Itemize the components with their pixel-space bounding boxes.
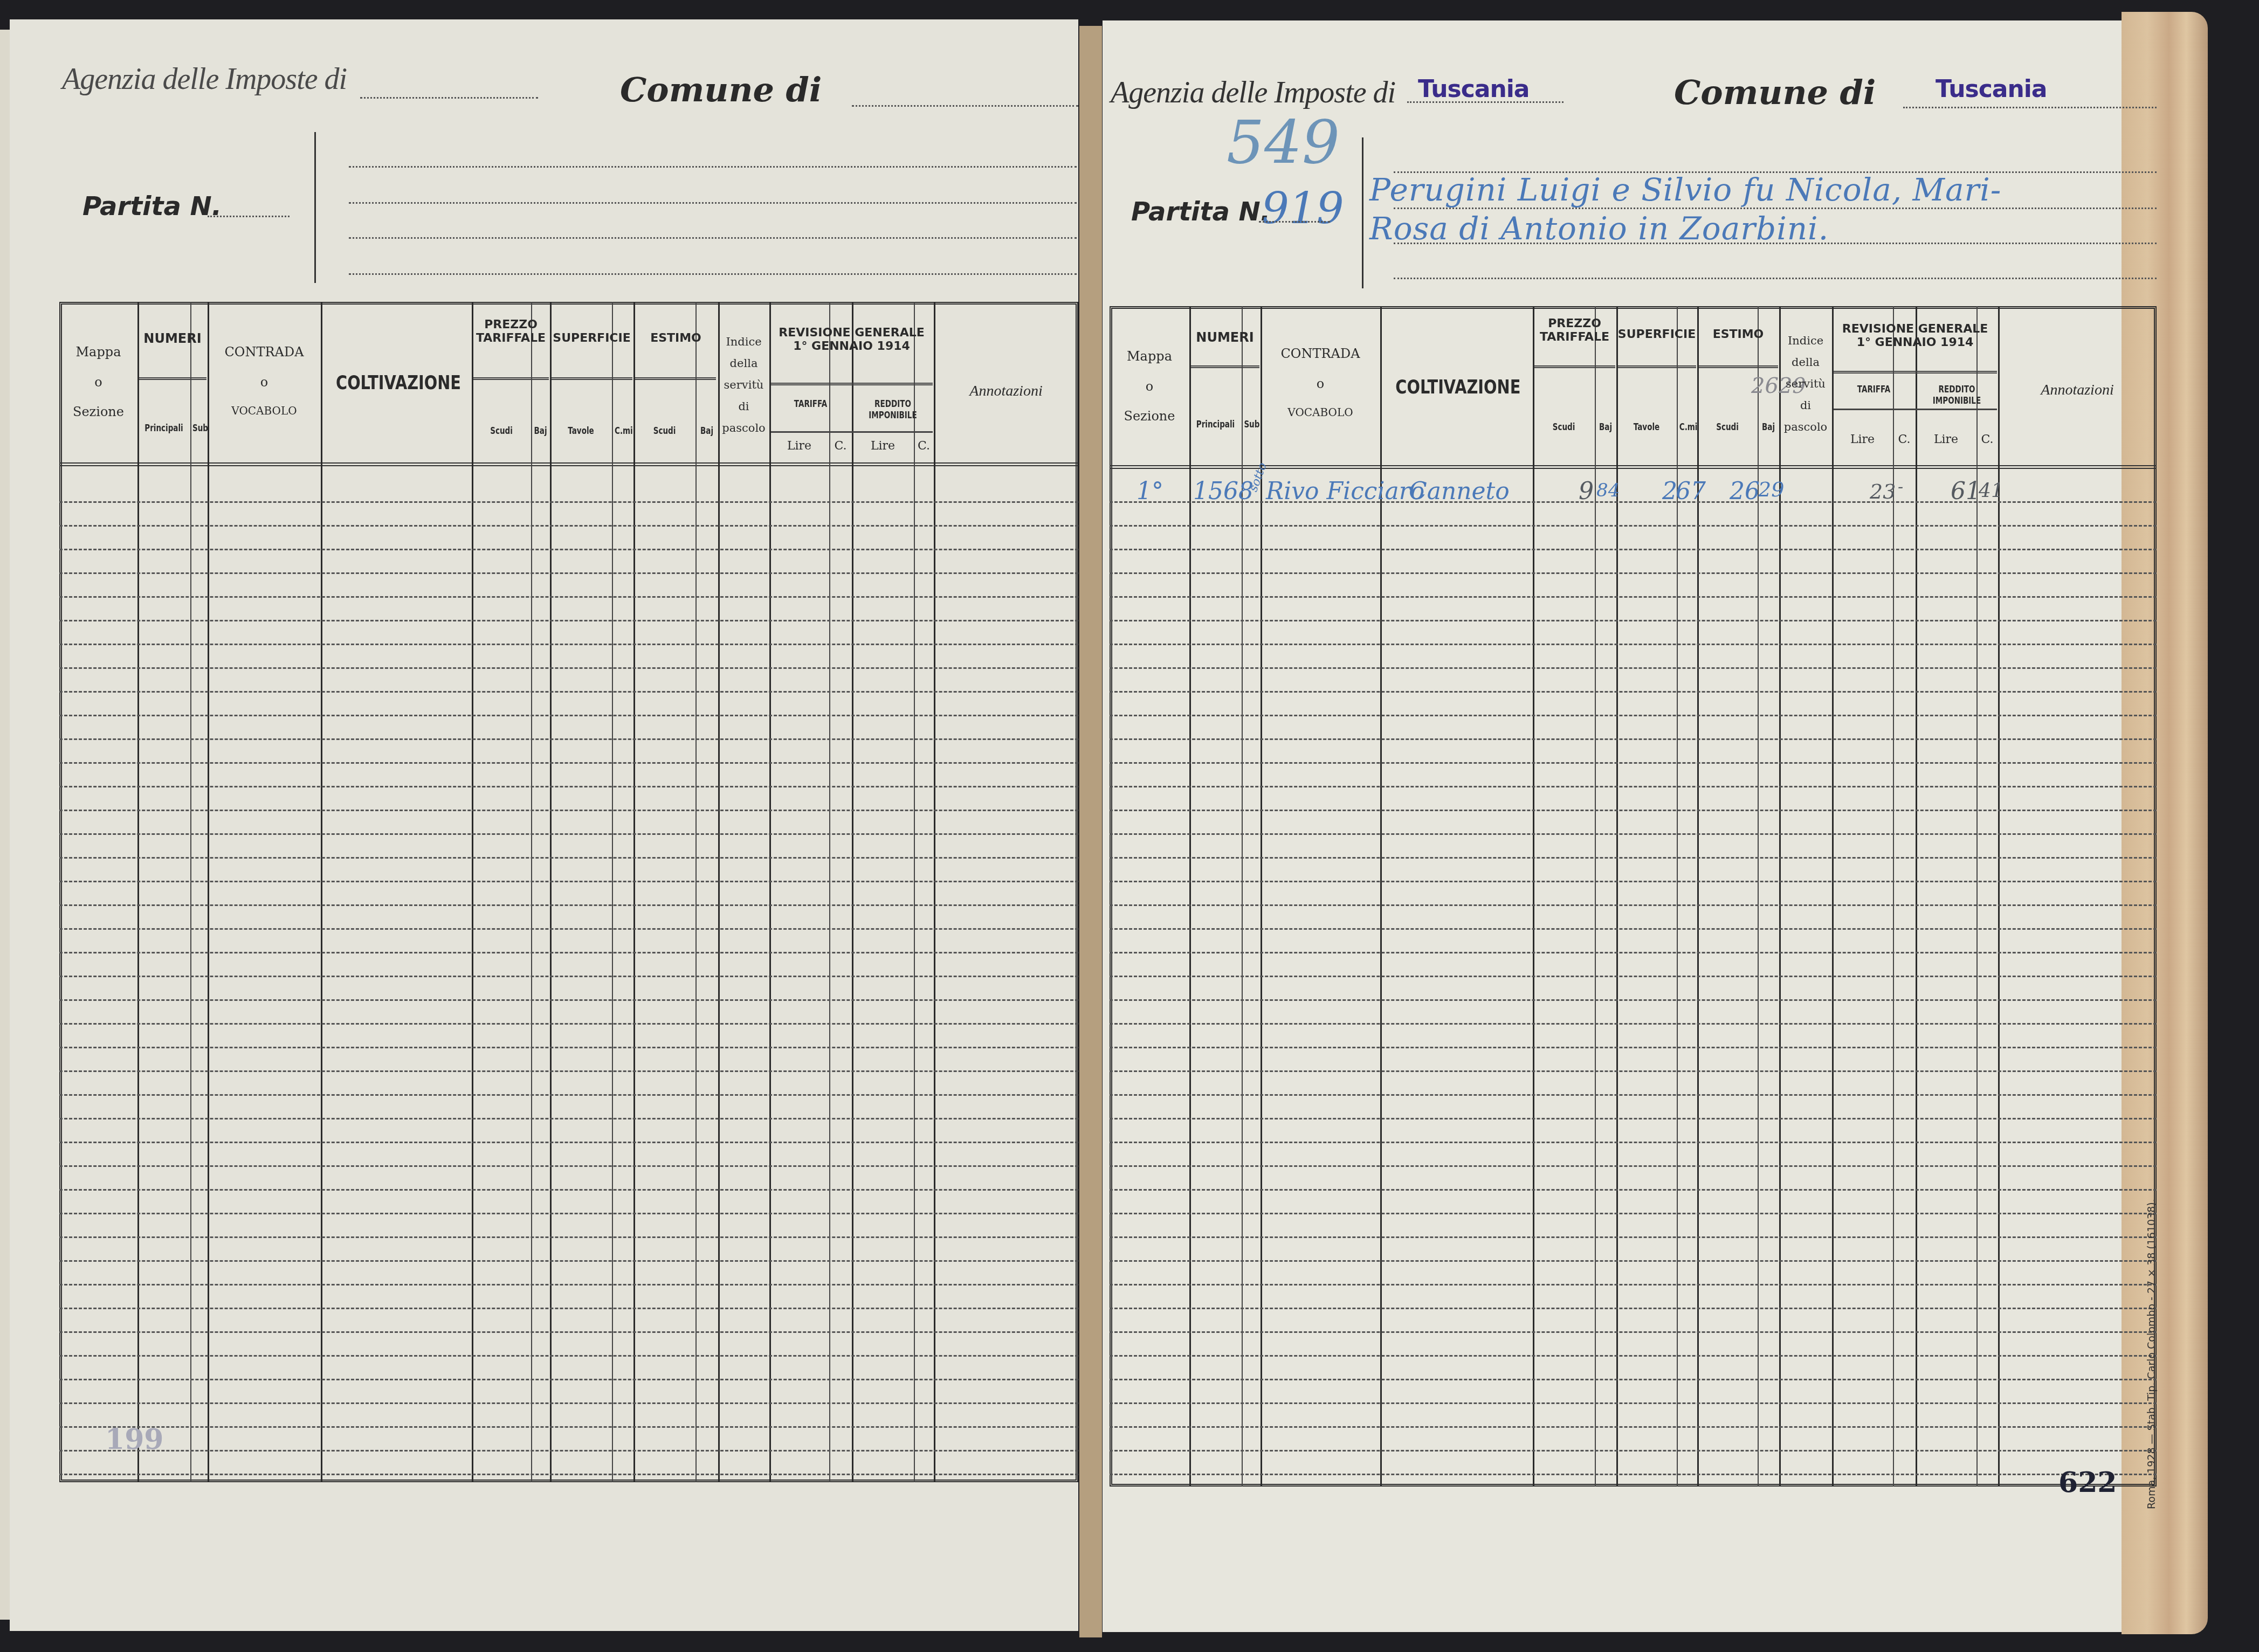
left-partita-divider: [314, 132, 316, 283]
left-partita-field[interactable]: [208, 216, 290, 217]
row-rule: [1110, 1189, 2157, 1191]
printer-imprint: Roma, 1928 — Stab. Tip. Carlo Colombo - …: [2146, 1199, 2158, 1509]
row-rule: [1110, 999, 2157, 1001]
row-rule: [1110, 976, 2157, 977]
cell-reddito-c[interactable]: 41: [1979, 480, 2003, 502]
col-tariffa-lire: Lire: [1832, 433, 1893, 446]
row-rule: [59, 1450, 1078, 1451]
row-rule: [59, 572, 1078, 574]
row-rule: [1110, 1213, 2157, 1214]
row-rule: [1110, 1331, 2157, 1333]
row-rule: [1110, 833, 2157, 835]
col-numeri-header: NUMERI: [137, 331, 208, 347]
right-partita-divider: [1362, 137, 1363, 288]
row-rule: [1110, 881, 2157, 882]
row-rule: [1110, 786, 2157, 787]
row-rule: [1110, 667, 2157, 669]
book-gutter: [1079, 26, 1102, 1637]
col-prezzo-scudi: Scudi: [479, 426, 524, 437]
col-tariffa-header: TARIFFA: [780, 399, 842, 410]
left-owner-line-3[interactable]: [349, 237, 1077, 239]
row-rule: [59, 1355, 1078, 1357]
row-rule: [1110, 1426, 2157, 1428]
right-cadastral-table: MappaoSezione NUMERI Principali Sub CONT…: [1110, 306, 2157, 1487]
col-indice-header: Indicedellaservitùdipascolo: [718, 331, 769, 439]
left-comune-field[interactable]: [852, 105, 1078, 107]
cell-tariffa-lire[interactable]: 23: [1870, 480, 1896, 503]
row-rule: [1110, 928, 2157, 930]
row-rule: [59, 1047, 1078, 1048]
col-coltivazione-header: COLTIVAZIONE: [1395, 376, 1517, 398]
col-tariffa-lire: Lire: [769, 439, 829, 453]
right-partita-value[interactable]: 919: [1262, 183, 1344, 233]
row-rule: [59, 1402, 1078, 1404]
col-estimo-baj: Baj: [1760, 422, 1776, 433]
col-principali-header: Principali: [1196, 419, 1235, 431]
col-annotazioni-header: Annotazioni: [1998, 382, 2157, 399]
right-partita-field: [1259, 221, 1330, 223]
row-rule: [1110, 904, 2157, 906]
row-rule: [1110, 715, 2157, 716]
row-rule: [59, 1023, 1078, 1025]
col-prezzo-baj: Baj: [533, 426, 547, 437]
row-rule: [1110, 1023, 2157, 1025]
right-partita-label: Partita N.: [1131, 197, 1270, 227]
col-mappa-header: MappaoSezione: [1110, 349, 1189, 424]
row-rule: [59, 1284, 1078, 1285]
row-rule: [1110, 596, 2157, 598]
row-rule: [1110, 1450, 2157, 1451]
col-superficie-cmi: C.mi: [1679, 422, 1695, 433]
row-rule: [1110, 620, 2157, 621]
col-sub-header: Sub: [192, 423, 205, 434]
col-estimo-scudi: Scudi: [1705, 422, 1750, 433]
row-rule: [1110, 572, 2157, 574]
row-rule: [59, 999, 1078, 1001]
row-rule: [59, 952, 1078, 953]
left-partita-label: Partita N.: [82, 191, 222, 222]
left-agenzia-label: Agenzia delle Imposte di: [62, 62, 347, 96]
row-rule: [1110, 1094, 2157, 1096]
row-rule: [1110, 644, 2157, 645]
row-rule: [1110, 952, 2157, 953]
row-rule: [1110, 1260, 2157, 1262]
row-rule: [59, 833, 1078, 835]
row-rule: [1110, 501, 2157, 503]
left-cadastral-table: MappaoSezione NUMERI Principali Sub CONT…: [59, 302, 1078, 1482]
col-prezzo-header: PREZZOTARIFFALE: [1533, 317, 1616, 344]
row-rule: [1110, 1402, 2157, 1404]
right-agenzia-label: Agenzia delle Imposte di: [1111, 75, 1395, 110]
right-comune-stamp: Tuscania: [1936, 75, 2047, 103]
right-agenzia-stamp: Tuscania: [1418, 75, 1530, 103]
col-prezzo-header: PREZZOTARIFFALE: [472, 318, 550, 345]
row-rule: [1110, 1474, 2157, 1475]
row-rule: [1110, 1308, 2157, 1309]
row-rule: [59, 881, 1078, 882]
row-rule: [1110, 738, 2157, 740]
col-reddito-c: C.: [914, 439, 934, 453]
row-rule: [1110, 1165, 2157, 1167]
col-superficie-header: SUPERFICIE: [1616, 328, 1697, 341]
col-mappa-header: MappaoSezione: [59, 345, 137, 420]
row-rule: [59, 928, 1078, 930]
row-rule: [1110, 810, 2157, 811]
cell-tariffa-c[interactable]: -: [1898, 478, 1903, 496]
left-owner-line-4[interactable]: [349, 273, 1077, 275]
row-rule: [59, 596, 1078, 598]
row-rule: [1110, 1236, 2157, 1238]
row-rule: [59, 1118, 1078, 1119]
row-rule: [59, 1426, 1078, 1428]
row-rule: [59, 1142, 1078, 1143]
table-frame: [59, 302, 1078, 1482]
row-rule: [59, 667, 1078, 669]
row-rule: [59, 1189, 1078, 1191]
row-rule: [59, 1165, 1078, 1167]
row-rule: [59, 644, 1078, 645]
col-revisione-header: REVISIONE GENERALE1° GENNAIO 1914: [1832, 322, 1998, 350]
right-agenzia-field[interactable]: [1407, 101, 1564, 103]
row-rule: [59, 691, 1078, 693]
row-rule: [59, 1260, 1078, 1262]
row-rule: [1110, 1284, 2157, 1285]
cell-prezzo-baj[interactable]: 84: [1596, 480, 1620, 501]
col-superficie-tavole: Tavole: [557, 426, 604, 437]
left-owner-line-1[interactable]: [349, 166, 1077, 168]
row-rule: [1110, 525, 2157, 527]
row-rule: [1110, 549, 2157, 550]
left-comune-label: Comune di: [620, 70, 822, 109]
col-estimo-header: ESTIMO: [1697, 328, 1779, 341]
col-principali-header: Principali: [144, 423, 184, 434]
row-rule: [59, 810, 1078, 811]
row-rule: [59, 525, 1078, 527]
col-estimo-baj: Baj: [698, 426, 715, 437]
left-agenzia-field[interactable]: [360, 97, 538, 99]
row-rule: [59, 762, 1078, 764]
col-superficie-tavole: Tavole: [1624, 422, 1669, 433]
right-page-number: 622: [2058, 1466, 2117, 1499]
col-estimo-scudi: Scudi: [641, 426, 687, 437]
row-rule: [1110, 1379, 2157, 1380]
row-rule: [1110, 1142, 2157, 1143]
col-numeri-header: NUMERI: [1189, 330, 1261, 345]
row-rule: [59, 1331, 1078, 1333]
row-rule: [1110, 691, 2157, 693]
col-indice-header: Indicedellaservitùdipascolo: [1779, 330, 1832, 438]
left-page-number: 199: [105, 1423, 164, 1456]
col-estimo-header: ESTIMO: [633, 331, 718, 345]
right-comune-label: Comune di: [1674, 73, 1876, 112]
old-partita-number: 549: [1227, 108, 1340, 177]
col-tariffa-header: TARIFFA: [1842, 384, 1905, 396]
row-rule: [1110, 1047, 2157, 1048]
col-prezzo-baj: Baj: [1597, 422, 1614, 433]
row-rule: [59, 738, 1078, 740]
row-rule: [59, 715, 1078, 716]
col-reddito-lire: Lire: [852, 439, 914, 453]
row-rule: [59, 904, 1078, 906]
left-owner-line-2[interactable]: [349, 202, 1077, 204]
row-rule: [59, 1236, 1078, 1238]
col-reddito-header: REDDITO IMPONIBILE: [1926, 384, 1988, 406]
row-rule: [59, 786, 1078, 787]
col-contrada-header: CONTRADAoVOCABOLO: [1261, 347, 1380, 419]
right-owner-line-4-rule: [1394, 278, 2157, 279]
row-rule: [59, 1474, 1078, 1475]
col-superficie-header: SUPERFICIE: [550, 331, 633, 345]
row-rule: [1110, 1118, 2157, 1119]
row-rule: [59, 549, 1078, 550]
cell-estimo-baj[interactable]: 29: [1758, 478, 1784, 501]
row-rule: [59, 1094, 1078, 1096]
row-rule: [59, 501, 1078, 503]
row-rule: [59, 1070, 1078, 1072]
col-reddito-c: C.: [1976, 433, 1998, 446]
col-prezzo-scudi: Scudi: [1540, 422, 1587, 433]
col-annotazioni-header: Annotazioni: [934, 383, 1078, 400]
row-rule: [1110, 762, 2157, 764]
row-rule: [59, 976, 1078, 977]
col-tariffa-c: C.: [1893, 433, 1916, 446]
row-rule: [1110, 1070, 2157, 1072]
col-tariffa-c: C.: [829, 439, 852, 453]
row-rule: [59, 1308, 1078, 1309]
col-revisione-header: REVISIONE GENERALE1° GENNAIO 1914: [769, 326, 934, 354]
row-rule: [59, 857, 1078, 859]
col-reddito-lire: Lire: [1916, 433, 1976, 446]
header-bottom-rule: [59, 462, 1078, 466]
row-rule: [59, 620, 1078, 621]
col-reddito-header: REDDITO IMPONIBILE: [862, 399, 924, 421]
col-sub-header: Sub: [1244, 419, 1258, 431]
owner-name-line-1[interactable]: Perugini Luigi e Silvio fu Nicola, Mari-: [1369, 171, 2001, 208]
row-rule: [1110, 1355, 2157, 1357]
owner-name-line-2[interactable]: Rosa di Antonio in Zoarbini.: [1369, 210, 1829, 247]
right-comune-field[interactable]: [1903, 107, 2157, 108]
col-superficie-cmi: C.mi: [615, 426, 631, 437]
row-rule: [59, 1213, 1078, 1214]
row-rule: [59, 1379, 1078, 1380]
col-coltivazione-header: COLTIVAZIONE: [336, 372, 457, 394]
row-rule: [1110, 857, 2157, 859]
col-contrada-header: CONTRADAoVOCABOLO: [208, 345, 321, 417]
